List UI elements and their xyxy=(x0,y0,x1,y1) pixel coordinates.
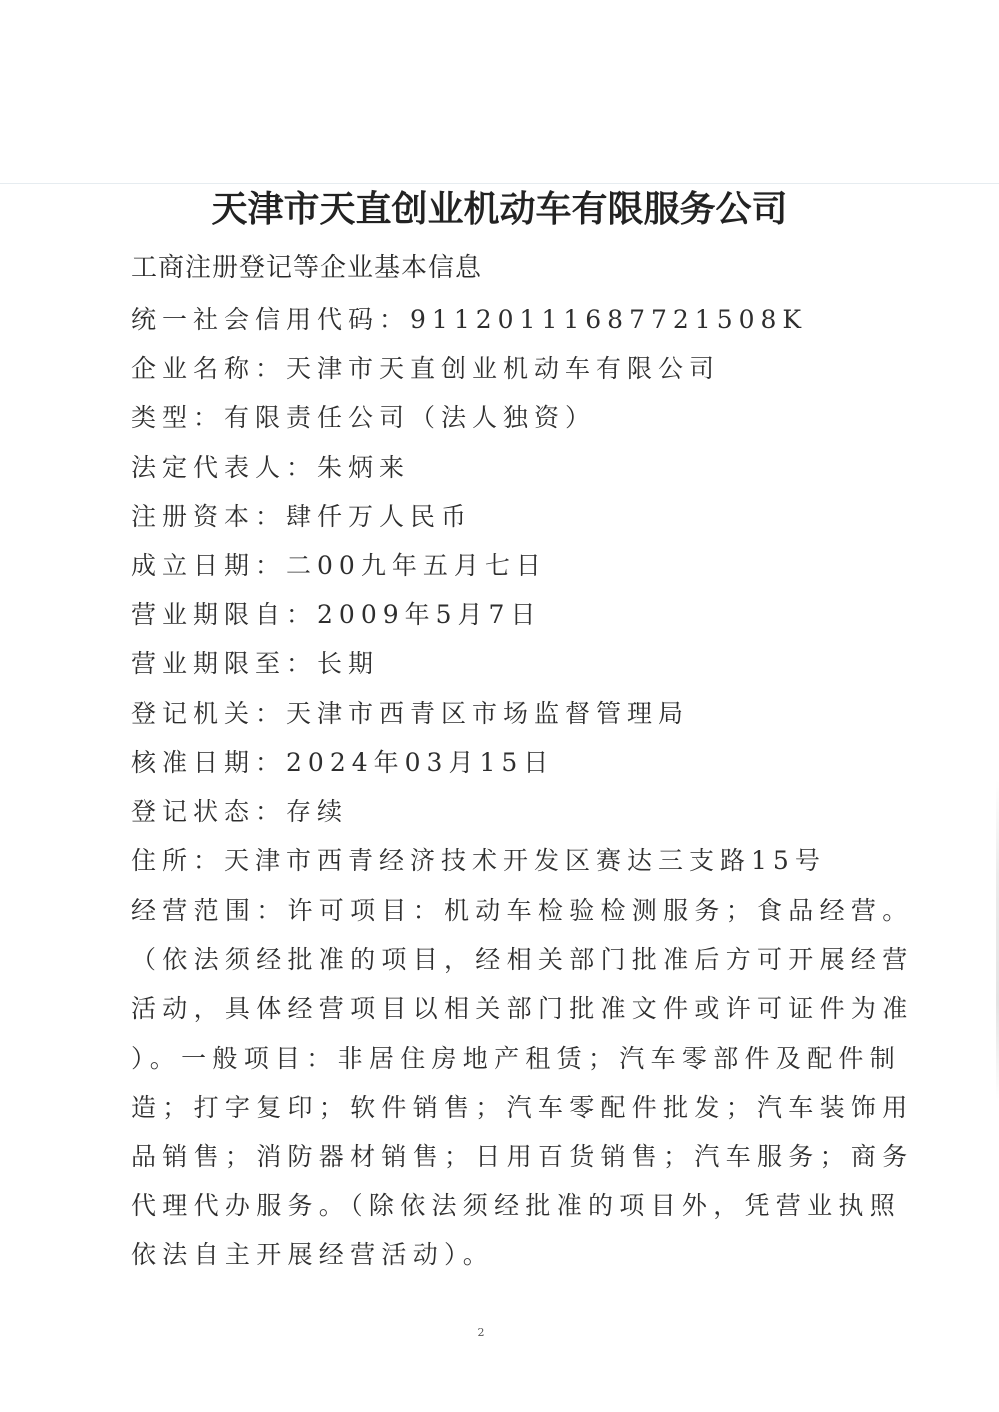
scan-artifact-line xyxy=(0,183,999,184)
field-label: 住所： xyxy=(131,846,224,875)
section-heading: 工商注册登记等企业基本信息 xyxy=(131,250,482,286)
field-address: 住所：天津市西青经济技术开发区赛达三支路15号 xyxy=(131,841,871,890)
field-value: 肆仟万人民币 xyxy=(286,502,472,531)
field-credit-code: 统一社会信用代码：91120111687721508K xyxy=(131,300,871,349)
field-label: 营业期限至： xyxy=(131,649,317,678)
business-scope: 经营范围：许可项目：机动车检验检测服务；食品经营。 （依法须经批准的项目，经相关… xyxy=(131,891,871,1285)
field-value: 存续 xyxy=(286,797,348,826)
field-label: 统一社会信用代码： xyxy=(131,305,410,334)
field-label: 营业期限自： xyxy=(131,600,317,629)
field-label: 类型： xyxy=(131,403,224,432)
field-registration-authority: 登记机关：天津市西青区市场监督管理局 xyxy=(131,694,871,743)
field-label: 核准日期： xyxy=(131,748,286,777)
field-label: 企业名称： xyxy=(131,354,286,383)
field-label: 注册资本： xyxy=(131,502,286,531)
business-scope-line: 代理代办服务。（除依法须经批准的项目外，凭营业执照 xyxy=(131,1186,871,1235)
field-value: 朱炳来 xyxy=(317,453,410,482)
field-term-to: 营业期限至：长期 xyxy=(131,644,871,693)
field-value: 2024年03月15日 xyxy=(286,748,554,777)
field-label: 登记状态： xyxy=(131,797,286,826)
business-scope-line: 依法自主开展经营活动）。 xyxy=(131,1235,871,1284)
field-registered-capital: 注册资本：肆仟万人民币 xyxy=(131,497,871,546)
field-establishment-date: 成立日期：二00九年五月七日 xyxy=(131,546,871,595)
field-value: 91120111687721508K xyxy=(410,305,807,334)
document-title: 天津市天直创业机动车有限服务公司 xyxy=(0,186,999,232)
field-label: 法定代表人： xyxy=(131,453,317,482)
field-value: 二00九年五月七日 xyxy=(286,551,547,580)
business-scope-line: 经营范围：许可项目：机动车检验检测服务；食品经营。 xyxy=(131,891,871,940)
field-company-type: 类型：有限责任公司（法人独资） xyxy=(131,398,871,447)
business-scope-line: 品销售；消防器材销售；日用百货销售；汽车服务；商务 xyxy=(131,1137,871,1186)
field-registration-status: 登记状态：存续 xyxy=(131,792,871,841)
field-value: 长期 xyxy=(317,649,379,678)
field-legal-representative: 法定代表人：朱炳来 xyxy=(131,448,871,497)
document-page: 天津市天直创业机动车有限服务公司 工商注册登记等企业基本信息 统一社会信用代码：… xyxy=(0,0,999,1412)
business-scope-line: ）。一般项目：非居住房地产租赁；汽车零部件及配件制 xyxy=(131,1039,871,1088)
business-scope-line: 活动，具体经营项目以相关部门批准文件或许可证件为准 xyxy=(131,989,871,1038)
field-approval-date: 核准日期：2024年03月15日 xyxy=(131,743,871,792)
business-scope-line: （依法须经批准的项目，经相关部门批准后方可开展经营 xyxy=(131,940,871,989)
field-value: 有限责任公司（法人独资） xyxy=(224,403,596,432)
company-info-fields: 统一社会信用代码：91120111687721508K 企业名称：天津市天直创业… xyxy=(131,300,871,890)
field-company-name: 企业名称：天津市天直创业机动车有限公司 xyxy=(131,349,871,398)
page-number: 2 xyxy=(0,1326,962,1339)
field-value: 2009年5月7日 xyxy=(317,600,541,629)
field-value: 天津市西青区市场监督管理局 xyxy=(286,699,689,728)
business-scope-line: 造；打字复印；软件销售；汽车零配件批发；汽车装饰用 xyxy=(131,1088,871,1137)
field-label: 成立日期： xyxy=(131,551,286,580)
field-label: 登记机关： xyxy=(131,699,286,728)
field-term-from: 营业期限自：2009年5月7日 xyxy=(131,595,871,644)
field-value: 天津市天直创业机动车有限公司 xyxy=(286,354,720,383)
field-value: 天津市西青经济技术开发区赛达三支路15号 xyxy=(224,846,826,875)
